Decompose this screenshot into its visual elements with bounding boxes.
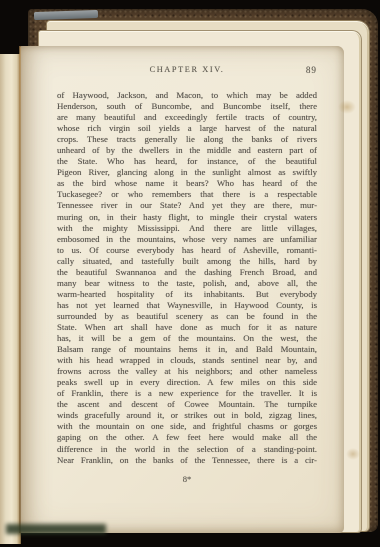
text-line: has, it will be a gem of the mountains. …: [57, 333, 317, 344]
foxing-stain: [338, 100, 356, 114]
text-line: has not yet learned that Waynesville, in…: [57, 300, 317, 311]
text-line: many bear witness to the taste, polish, …: [57, 278, 317, 289]
running-head: CHAPTER XIV. 89: [57, 65, 317, 78]
text-line: warm-hearted hospitality of its inhabita…: [57, 289, 317, 300]
page-number: 89: [306, 65, 317, 75]
text-line: the State. Who has heard, for instance, …: [57, 156, 317, 167]
book-page: CHAPTER XIV. 89 of Haywood, Jackson, and…: [20, 46, 344, 533]
text-line: gaping on the other. A few feet here wou…: [57, 432, 317, 443]
gutter-crease: [19, 46, 21, 533]
text-line: Pigeon River, glancing along in the sunl…: [57, 167, 317, 178]
text-line: State. When art shall have done as much …: [57, 322, 317, 333]
book-photo: CHAPTER XIV. 89 of Haywood, Jackson, and…: [0, 0, 380, 547]
text-line: embosomed in the mountains, whose very n…: [57, 234, 317, 245]
text-line: unheard of by the dwellers in the middle…: [57, 145, 317, 156]
chapter-heading: CHAPTER XIV.: [57, 65, 317, 74]
text-line: crops. These tracts generally lie along …: [57, 134, 317, 145]
text-line: as the bird whose name it bears? Who has…: [57, 178, 317, 189]
text-line: the beautiful Swannanoa and the dashing …: [57, 267, 317, 278]
text-line: muring on, in their hasty flight, to min…: [57, 212, 317, 223]
text-line: cally situated, and tastefully built amo…: [57, 256, 317, 267]
text-line: to us. Of course everybody has heard of …: [57, 245, 317, 256]
text-line: Tuckasegee? or who remembers that there …: [57, 189, 317, 200]
text-line: Tennessee river in our State? And yet th…: [57, 200, 317, 211]
text-line: Balsam range of mountains hems it in, an…: [57, 344, 317, 355]
facing-page-edge: [0, 54, 21, 544]
signature-mark: 8*: [57, 474, 317, 484]
text-line: surrounded by as beautiful scenery as ca…: [57, 311, 317, 322]
text-line: with the mighty Mississippi. And there a…: [57, 223, 317, 234]
text-line: winds gracefully around it, or strikes o…: [57, 410, 317, 421]
shadow-stain: [6, 524, 106, 534]
text-line: of Franklin, there is a new experience f…: [57, 388, 317, 399]
text-line: Henderson, south of Buncombe, and Buncom…: [57, 101, 317, 112]
text-line: with his head wrapped in clouds, stands …: [57, 355, 317, 366]
text-line: Near Franklin, on the banks of the Tenne…: [57, 455, 317, 466]
foxing-stain: [346, 448, 360, 460]
page-body: of Haywood, Jackson, and Macon, to which…: [57, 90, 317, 466]
text-line: difference in the world in the selection…: [57, 444, 317, 455]
text-line: with the mountain on one side, and frigh…: [57, 421, 317, 432]
text-line: the ascent and descent of Cowee Mountain…: [57, 399, 317, 410]
text-line: whose rich virgin soil yields a large ha…: [57, 123, 317, 134]
text-line: of Haywood, Jackson, and Macon, to which…: [57, 90, 317, 101]
text-line: peaks swell up in every direction. A few…: [57, 377, 317, 388]
text-line: frowns across the valley at his neighbor…: [57, 366, 317, 377]
text-line: are many beautiful and exceedingly ferti…: [57, 112, 317, 123]
